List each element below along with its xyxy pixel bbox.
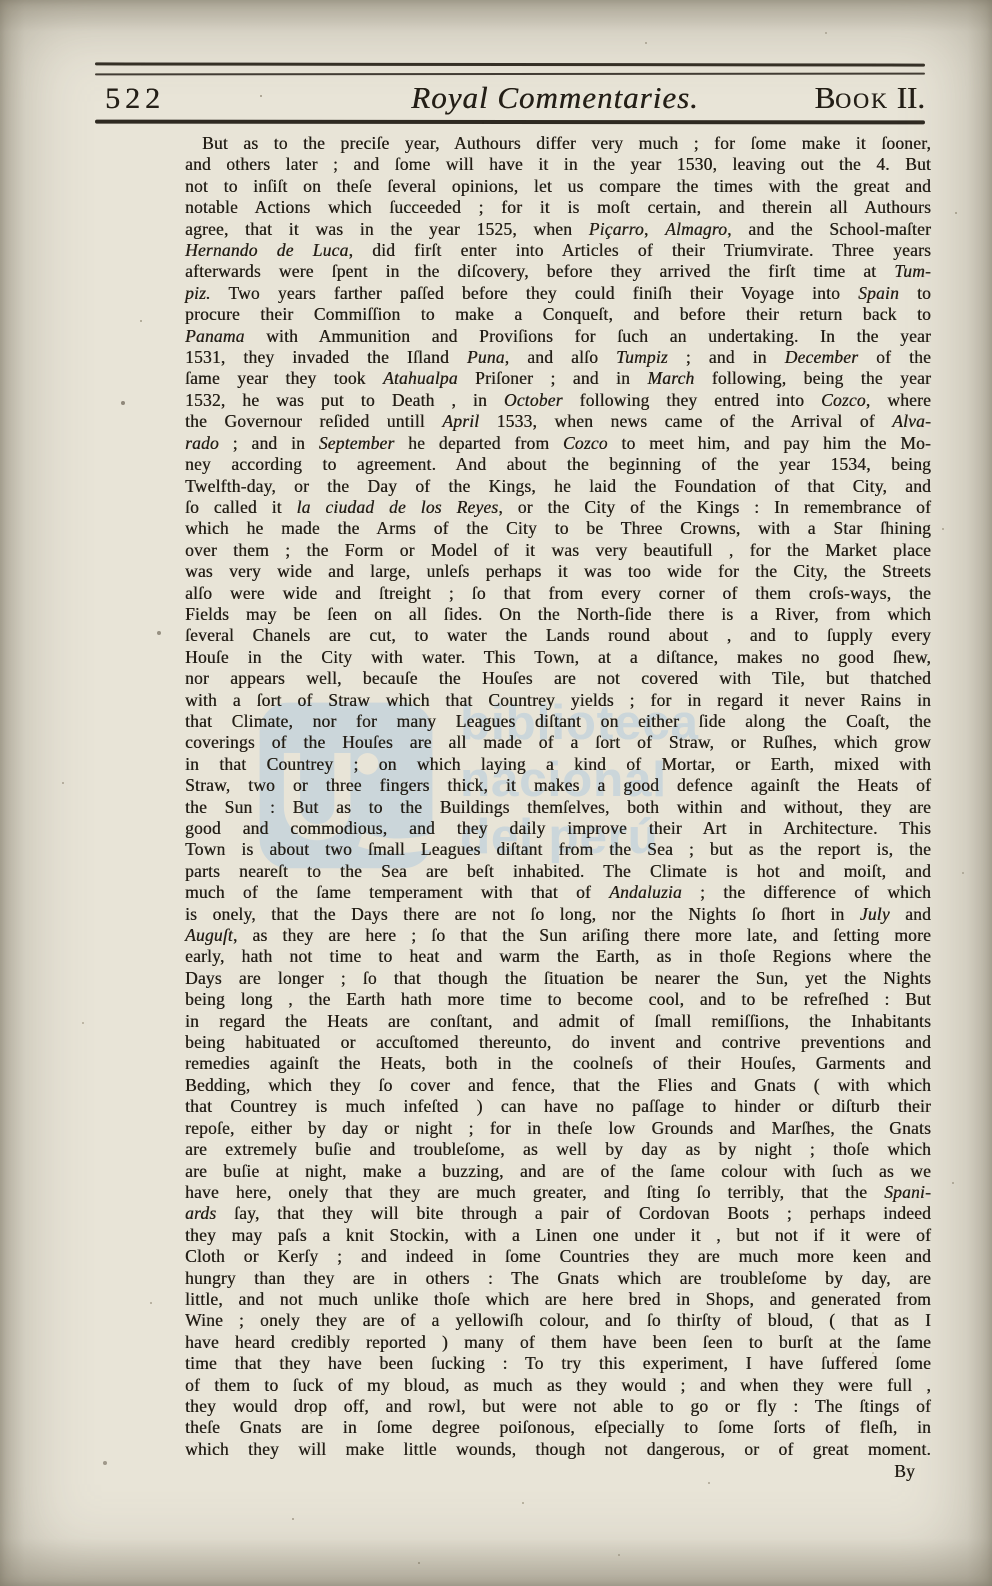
body-line: repoſe, either by day or night ; for in … (185, 1118, 931, 1139)
body-line: have heard credibly reported ) many of t… (185, 1332, 931, 1353)
body-line: the Sun : But as to the Buildings themſe… (185, 797, 931, 818)
body-line: afterwards were ſpent in the diſcovery, … (185, 261, 931, 282)
book-label-numeral: II. (889, 80, 925, 115)
book-label-smallcaps: OOK (835, 88, 889, 113)
body-line: alſo were wide and ſtreight ; ſo that fr… (185, 583, 931, 604)
body-line: in that Countrey ; on which laying a kin… (185, 754, 931, 775)
body-line: ards ſay, that they will bite through a … (185, 1203, 931, 1224)
body-line: was very wide and large, unleſs perhaps … (185, 561, 931, 582)
body-line: Houſe in the City with water. This Town,… (185, 647, 931, 668)
body-line: Panama with Ammunition and Proviſions fo… (185, 326, 931, 347)
body-line: are extremely buſie and troubleſome, as … (185, 1139, 931, 1160)
body-line: early, hath not time to heat and warm th… (185, 946, 931, 967)
body-line: not to inſiſt on theſe ſeveral opinions,… (185, 176, 931, 197)
body-line: the Governour reſided untill April 1533,… (185, 411, 931, 432)
book-page-scan: biblioteca nacional del perú 522 Royal C… (0, 0, 992, 1586)
body-line: procure their Commiſſion to make a Conqu… (185, 304, 931, 325)
body-line: is onely, that the Days there are not ſo… (185, 904, 931, 925)
body-line: that Countrey is much infeſted ) can hav… (185, 1096, 931, 1117)
body-line: they would drop off, and rowl, but were … (185, 1396, 931, 1417)
body-line: notable Actions which ſucceeded ; for it… (185, 197, 931, 218)
body-line: over them ; the Form or Model of it was … (185, 540, 931, 561)
body-text: But as to the preciſe year, Authours dif… (185, 133, 931, 1483)
body-line: ſeveral Chanels are cut, to water the La… (185, 625, 931, 646)
body-line: that Climate, nor for many Leagues diſta… (185, 711, 931, 732)
body-line: Auguſt, as they are here ; ſo that the S… (185, 925, 931, 946)
body-line: of them to ſuck of my bloud, as much as … (185, 1375, 931, 1396)
body-line: being habituated or accuſtomed thereunto… (185, 1032, 931, 1053)
body-line: Wine ; onely they are of a yellowiſh col… (185, 1310, 931, 1331)
body-line: parts neareſt to the Sea are beſt inhabi… (185, 861, 931, 882)
body-line: nor appears well, becauſe the Houſes are… (185, 668, 931, 689)
body-line: 1532, he was put to Death , in October f… (185, 390, 931, 411)
book-label: BOOK II. (814, 80, 925, 116)
body-line: being long , the Earth hath more time to… (185, 989, 931, 1010)
body-line: Town is about two ſmall Leagues diſtant … (185, 839, 931, 860)
body-line: Twelfth-day, or the Day of the Kings, he… (185, 476, 931, 497)
body-line: which he made the Arms of the City to be… (185, 518, 931, 539)
top-rule-upper (95, 62, 925, 66)
body-line: with a ſort of Straw which that Countrey… (185, 690, 931, 711)
body-line: and others later ; and ſome will have it… (185, 154, 931, 175)
book-label-initial: B (814, 80, 835, 115)
body-line: ſame year they took Atahualpa Priſoner ;… (185, 368, 931, 389)
body-line: Cloth or Kerſy ; and indeed in ſome Coun… (185, 1246, 931, 1267)
body-line: ney according to agreement. And about th… (185, 454, 931, 475)
body-line: Straw, two or three fingers thick, it ma… (185, 775, 931, 796)
paper-speckles (0, 0, 2, 2)
body-line: rado ; and in September he departed from… (185, 433, 931, 454)
body-line: in regard the Heats are conſtant, and ad… (185, 1011, 931, 1032)
body-line: ſo called it la ciudad de los Reyes, or … (185, 497, 931, 518)
body-line: agree, that it was in the year 1525, whe… (185, 219, 931, 240)
body-line: coverings of the Houſes are all made of … (185, 732, 931, 753)
catchword: By (185, 1461, 931, 1482)
head-rule (95, 120, 925, 125)
body-line: have here, onely that they are much grea… (185, 1182, 931, 1203)
body-line: Hernando de Luca, did firſt enter into A… (185, 240, 931, 261)
body-line: which they will make little wounds, thou… (185, 1439, 931, 1460)
body-line: they may paſs a knit Stockin, with a Lin… (185, 1225, 931, 1246)
body-line: piz. Two years farther paſſed before the… (185, 283, 931, 304)
body-line: remedies againſt the Heats, both in the … (185, 1053, 931, 1074)
body-line: little, and not much unlike thoſe which … (185, 1289, 931, 1310)
body-line: are buſie at night, make a buzzing, and … (185, 1161, 931, 1182)
body-line: 1531, they invaded the Iſland Puna, and … (185, 347, 931, 368)
body-line: Fields may be ſeen on all ſides. On the … (185, 604, 931, 625)
top-rule-lower (95, 73, 925, 76)
body-line: Bedding, which they ſo cover and fence, … (185, 1075, 931, 1096)
body-line: But as to the preciſe year, Authours dif… (185, 133, 931, 154)
body-line: good and commodious, and they daily impr… (185, 818, 931, 839)
running-head: 522 Royal Commentaries. BOOK II. (95, 80, 925, 120)
body-line: Days are longer ; ſo that though the ſit… (185, 968, 931, 989)
body-line: hungry than they are in others : The Gna… (185, 1268, 931, 1289)
body-line: theſe Gnats are in ſome degree poiſonous… (185, 1417, 931, 1438)
body-line: much of the ſame temperament with that o… (185, 882, 931, 903)
body-line: time that they have been ſucking : To tr… (185, 1353, 931, 1374)
